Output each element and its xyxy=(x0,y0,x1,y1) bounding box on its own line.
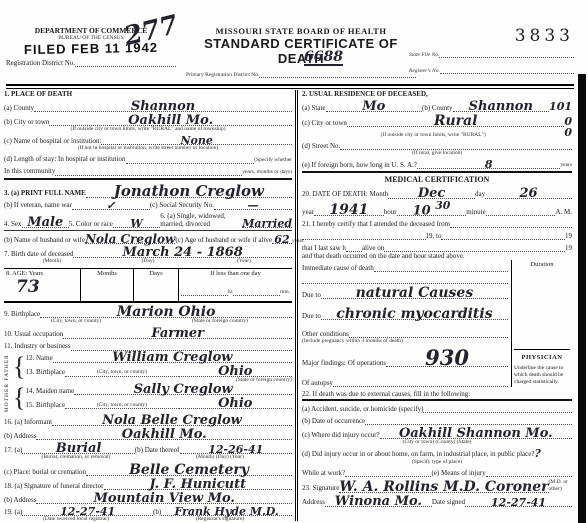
director-addr-value: Mountain View Mo. xyxy=(94,492,235,505)
external-date-blank xyxy=(365,415,572,425)
age-min-label: min. xyxy=(280,289,290,296)
community-note: years, months or days) xyxy=(242,169,292,176)
certify-blank2 xyxy=(302,230,426,240)
minute-blank xyxy=(486,206,556,216)
hospital-label: (c) Name of hospital or institution: xyxy=(4,137,101,145)
spouse-label: (b) Name of husband or wife xyxy=(4,236,85,244)
immediate-cause-blank xyxy=(374,262,508,272)
ssn-label: (c) Social Security No. xyxy=(150,201,214,209)
birthdate-year-note: (Year) xyxy=(196,258,292,265)
age-label: 8. AGE: xyxy=(6,270,27,277)
sig-addr-label: Address xyxy=(302,498,325,506)
stay-blank xyxy=(126,154,255,164)
father-birth-label: 13. Birthplace xyxy=(25,368,65,376)
state-file-label: State File No. xyxy=(409,52,439,58)
death-date-label: 20. DATE OF DEATH: Month xyxy=(302,190,388,198)
serial-number: 3833 xyxy=(409,26,574,46)
age-table: 8. AGE: Years 73 Months Days If less tha… xyxy=(4,268,292,303)
injury-where-label: (c) Where did injury occur? xyxy=(302,431,380,439)
due-to-value1: natural Causes xyxy=(356,286,474,300)
burial-date-label: (b) Date thereof xyxy=(135,446,180,454)
stay-label: (d) Length of stay: In hospital or insti… xyxy=(4,155,126,163)
street-blank xyxy=(340,140,572,150)
hospital-note: (If not in hospital or institution, writ… xyxy=(4,145,292,152)
informant-addr-label: (b) Address xyxy=(4,432,36,440)
burial-date-note: (Month) (Day) (Year) xyxy=(148,454,292,461)
age-days-cell: Days xyxy=(134,269,179,301)
age-less-cell: If less than one day hr. min. xyxy=(179,269,292,301)
certify-line2b: alive on xyxy=(362,244,384,252)
residence-city-note: (If outside city or town limits, write "… xyxy=(302,132,564,139)
industry-label: 11. Industry or business xyxy=(4,342,71,350)
charge-note: Underline the cause to which death shoul… xyxy=(514,365,570,386)
registers-no-blank xyxy=(440,64,574,74)
age-years-value: 73 xyxy=(16,279,78,296)
immediate-cause-label: Immediate cause of death xyxy=(302,264,374,272)
hospital-value: None xyxy=(181,135,213,146)
color-label: 5. Color or race xyxy=(69,220,113,228)
birthplace-value: Marion Ohio xyxy=(117,305,216,319)
occupation-value: Farmer xyxy=(151,327,204,340)
residence-county-label: (b) County xyxy=(422,104,453,112)
burial-place-label: (c) Place: burial or cremation xyxy=(4,468,86,476)
mother-birth-note1: (City, town, or county) xyxy=(97,402,147,409)
age-less-label: If less than one day xyxy=(181,270,290,278)
injury-how-value: ? xyxy=(535,448,541,459)
cause-fill-line xyxy=(302,274,508,284)
residence-state-label: (a) State xyxy=(302,104,326,112)
father-birth-note1: (City, town, or county) xyxy=(97,369,147,376)
place-of-death-heading: 1. PLACE OF DEATH xyxy=(4,90,292,98)
due-to-label1: Due to xyxy=(302,291,321,299)
means-label: (e) Means of injury xyxy=(431,469,485,477)
death-hour-value: 10 xyxy=(413,203,431,218)
header-left-block: DEPARTMENT OF COMMERCE BUREAU OF THE CEN… xyxy=(6,26,176,67)
scan-edge-bar xyxy=(578,74,586,523)
signature-note: (M.D. or other) xyxy=(549,479,572,492)
residence-state-value: Mo xyxy=(362,100,385,113)
foreign-value: 8 xyxy=(485,159,493,170)
operations-label: Of operations xyxy=(348,359,386,367)
certify-h-blank xyxy=(346,242,362,252)
residence-margin-101: 101 xyxy=(549,101,572,112)
death-hour-label: hour xyxy=(384,208,397,216)
age-years-label: Years xyxy=(29,270,44,277)
director-addr-label: (b) Address xyxy=(4,496,36,504)
mother-side-label: MOTHER xyxy=(4,383,13,412)
received-label: 19. (a) xyxy=(4,508,22,516)
street-label: (d) Street No. xyxy=(302,142,340,150)
death-minute-value: 30 xyxy=(435,199,450,212)
spouse-age-value: 62 xyxy=(274,234,289,245)
certify-blank3 xyxy=(441,230,565,240)
death-year-value: 1941 xyxy=(329,203,368,217)
funeral-director-value: J. F. Hunicutt xyxy=(149,478,246,491)
certify-line1: 21. I hereby certify that I attended the… xyxy=(302,220,450,228)
marital-value: Married xyxy=(242,218,292,229)
header-rule xyxy=(6,84,574,89)
certify-19b: 19 xyxy=(565,232,572,240)
mother-group: MOTHER { 14. Maiden name Sally Creglow 1… xyxy=(4,383,292,412)
at-work-blank xyxy=(345,467,431,477)
certify-line2a: that I last saw h xyxy=(302,244,346,252)
other-conditions-blank xyxy=(349,328,508,338)
mother-name-value: Sally Creglow xyxy=(134,383,233,396)
foreign-suffix: years xyxy=(560,162,572,169)
community-label: In this community xyxy=(4,167,55,175)
informant-addr-value: Oakhill Mo. xyxy=(122,428,207,441)
due-to-value2: chronic myocarditis xyxy=(336,307,492,321)
certify-19a: 19 xyxy=(426,232,433,240)
primary-district-handwritten: 6688 xyxy=(304,50,343,66)
father-name-value: William Creglow xyxy=(112,351,232,364)
fullname-value: Jonathon Creglow xyxy=(114,184,264,199)
foreign-label: (e) If foreign born, how long in U. S. A… xyxy=(302,161,417,169)
header-center-block: MISSOURI STATE BOARD OF HEALTH STANDARD … xyxy=(186,26,416,78)
external-date-label: (b) Date of occurrence xyxy=(302,417,365,425)
external-heading: 22. If death was due to external causes,… xyxy=(302,390,572,401)
external-kind-blank xyxy=(423,403,572,413)
father-brace: { xyxy=(13,354,25,380)
injury-where-value: Oakhill Shannon Mo. xyxy=(399,427,553,440)
state-file-blank xyxy=(439,48,574,58)
certify-blank1 xyxy=(450,218,572,228)
burial-note: (Burial, cremation, or removal) xyxy=(4,454,148,461)
death-day-label: day xyxy=(475,190,485,198)
residence-heading: 2. USUAL RESIDENCE OF DECEASED, xyxy=(302,90,572,98)
mother-birth-label: 15. Birthplace xyxy=(25,401,65,409)
residence-county-value: Shannon xyxy=(469,100,533,113)
certify-line3: and that death occurred on the date and … xyxy=(302,252,572,260)
reg-district-blank xyxy=(75,57,176,67)
at-work-label: While at work? xyxy=(302,469,345,477)
father-name-label: 12. Name xyxy=(25,354,52,362)
residence-city-label: (c) City or town xyxy=(302,119,347,127)
certify-to: , to xyxy=(433,232,442,240)
registers-no-label: Register's No. xyxy=(409,68,440,74)
age-hr-blank xyxy=(181,286,228,296)
injury-how-label: (d) Did injury occur in or about home, o… xyxy=(302,450,535,458)
mother-name-label: 14. Maiden name xyxy=(25,387,74,395)
physician-label: PHYSICIAN xyxy=(514,354,570,362)
autopsy-label: Of autopsy xyxy=(302,379,333,387)
veteran-label: (b) If veteran, name war xyxy=(4,201,72,209)
due-to-label2: Due to xyxy=(302,312,321,320)
certify-blank4 xyxy=(384,242,565,252)
spouse-age-label: (c) Age of husband or wife if alive xyxy=(175,236,272,244)
signature-label: 23. Signature xyxy=(302,484,339,492)
street-note: (If rural, give location) xyxy=(302,150,572,157)
birthplace-note2: (State or foreign country) xyxy=(148,318,292,325)
age-months-cell: Months xyxy=(81,269,134,301)
residence-margin-zero2: 0 xyxy=(564,127,572,138)
father-birth-value: Ohio xyxy=(218,365,252,378)
other-conditions-note: (Include pregnancy within 3 months of de… xyxy=(302,338,508,345)
autopsy-blank xyxy=(333,377,508,387)
ampm-label: A. M. xyxy=(555,208,572,216)
age-min-blank xyxy=(233,286,280,296)
means-blank xyxy=(486,467,572,477)
death-certificate-scan: DEPARTMENT OF COMMERCE BUREAU OF THE CEN… xyxy=(0,0,588,523)
sex-value: Male xyxy=(27,216,63,229)
age-months-label: Months xyxy=(97,270,117,277)
place-city-label: (b) City or town xyxy=(4,118,49,126)
primary-district-blank xyxy=(259,68,416,78)
age-days-label: Days xyxy=(149,270,162,277)
mother-birth-value: Ohio xyxy=(218,397,252,410)
informant-value: Nola Belle Creglow xyxy=(102,414,242,427)
right-column: 2. USUAL RESIDENCE OF DECEASED, (a) Stat… xyxy=(295,90,572,521)
sex-label: 4. Sex xyxy=(4,220,22,228)
signature-value: W. A. Rollins M.D. Coroner xyxy=(339,480,548,494)
other-conditions-label: Other conditions xyxy=(302,330,349,338)
birthdate-label: 7. Birth date of deceased xyxy=(4,250,73,258)
certify-19c: 19 xyxy=(565,244,572,252)
death-day-value: 26 xyxy=(520,187,538,200)
occupation-label: 10. Usual occupation xyxy=(4,330,63,338)
stay-note: (Specify whether xyxy=(254,157,292,164)
external-kind-label: (a) Accident, suicide, or homicide (spec… xyxy=(302,405,423,413)
burial-place-value: Belle Cemetery xyxy=(129,463,249,477)
medical-margin-column: Duration PHYSICIAN Underline the cause t… xyxy=(511,260,572,387)
reg-district-label: Registration District No. xyxy=(6,59,75,67)
injury-how-note: (Specify type of place) xyxy=(302,459,572,466)
place-county-value: Shannon xyxy=(131,100,195,113)
duration-label: Duration xyxy=(530,261,553,268)
major-findings-label: Major findings: xyxy=(302,359,346,367)
board-title: MISSOURI STATE BOARD OF HEALTH xyxy=(186,26,416,36)
burial-label: 17. (a) xyxy=(4,446,22,454)
father-side-label: FATHER xyxy=(4,351,13,384)
birthplace-label: 9. Birthplace xyxy=(4,310,40,318)
birthplace-note1: (City, town, or county) xyxy=(4,318,148,325)
registrar-note: (Registrar's signature) xyxy=(148,516,292,523)
certificate-title: STANDARD CERTIFICATE OF DEATH xyxy=(186,36,416,66)
marital-label: 6. (a) Single, widowed, married, divorce… xyxy=(160,212,242,229)
mother-brace: { xyxy=(13,385,25,411)
left-column: 1. PLACE OF DEATH (a) County Shannon (b)… xyxy=(4,90,295,521)
date-signed-label: Date signed xyxy=(432,498,465,506)
informant-label: 16. (a) Informant xyxy=(4,418,52,426)
spouse-value: Nola Creglow xyxy=(85,233,175,245)
death-minute-label: minute xyxy=(466,208,485,216)
received-note: (Date received local registrar) xyxy=(4,516,148,523)
fullname-label: 3. (a) PRINT FULL NAME xyxy=(4,189,86,197)
duration-box: Duration xyxy=(514,261,570,350)
veteran-value: ✓ xyxy=(106,200,115,211)
birthdate-day-note: (Day) xyxy=(100,258,196,265)
operations-value: 930 xyxy=(425,347,469,368)
sig-addr-value: Winona Mo. xyxy=(335,495,422,508)
community-blank xyxy=(55,166,242,176)
place-city-value: Oakhill Mo. xyxy=(128,114,213,127)
place-county-label: (a) County xyxy=(4,104,34,112)
birthdate-month-note: (Month) xyxy=(4,258,100,265)
header-right-block: 3833 State File No. Register's No. xyxy=(409,26,574,74)
residence-city-value: Rural xyxy=(434,114,478,128)
primary-district-label: Primary Registration District No. xyxy=(186,72,259,78)
medical-certification-heading: MEDICAL CERTIFICATION xyxy=(302,175,572,185)
father-group: FATHER { 12. Name William Creglow 13. Bi… xyxy=(4,351,292,384)
death-year-label: year xyxy=(302,208,314,216)
registrar-label: (b) xyxy=(153,508,161,516)
funeral-director-label: 18. (a) Signature of funeral director xyxy=(4,482,104,490)
ssn-value: — xyxy=(248,200,259,211)
date-signed-value: 12-27-41 xyxy=(491,497,546,508)
color-value: W xyxy=(130,218,142,229)
certificate-header: DEPARTMENT OF COMMERCE BUREAU OF THE CEN… xyxy=(6,26,574,86)
